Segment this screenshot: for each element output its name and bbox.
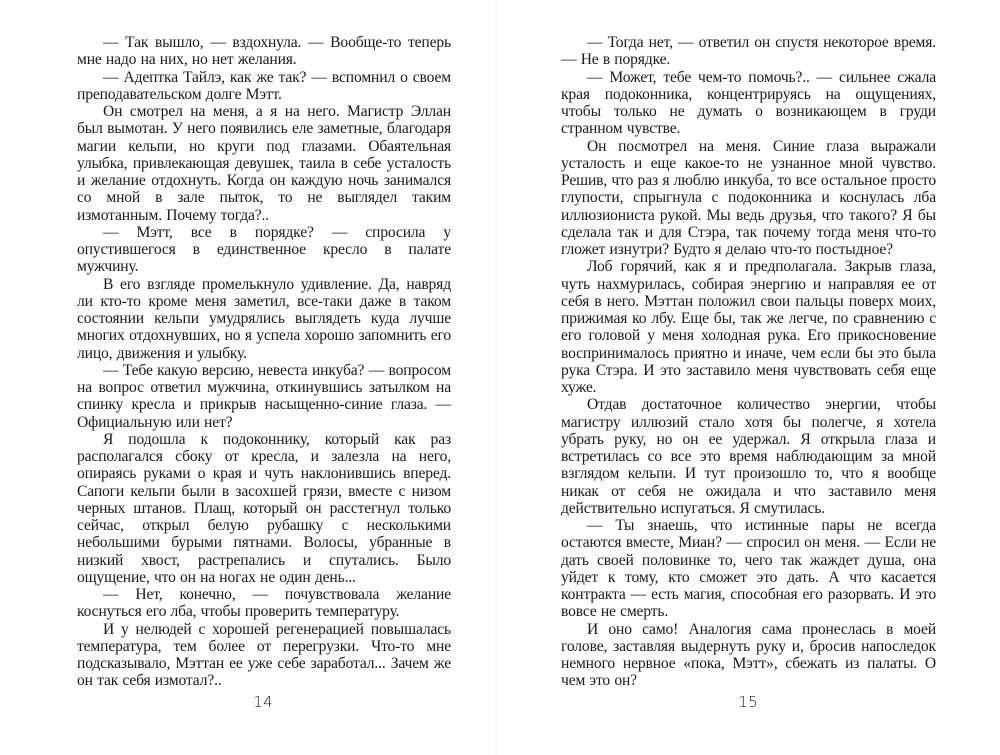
- page-number-right: 15: [728, 693, 768, 711]
- book-spread: — Так вышло, — вздохнула. — Вообще-то те…: [0, 0, 1000, 755]
- paragraph: Он смотрел на меня, а я на него. Магистр…: [77, 103, 451, 224]
- paragraph: Он посмотрел на меня. Синие глаза выража…: [561, 138, 936, 259]
- right-page: — Тогда нет, — ответил он спустя некотор…: [498, 0, 1000, 755]
- paragraph: Лоб горячий, как я и предполагала. Закры…: [561, 258, 936, 396]
- page-number-left: 14: [243, 693, 283, 711]
- paragraph: — Адептка Тайлэ, как же так? — вспомнил …: [77, 69, 451, 104]
- paragraph: Отдав достаточное количество энергии, чт…: [561, 396, 936, 517]
- paragraph: — Нет, конечно, — почувствовала желание …: [77, 586, 451, 621]
- paragraph: — Может, тебе чем-то помочь?.. — сильнее…: [561, 69, 936, 138]
- paragraph: В его взгляде промелькнуло удивление. Да…: [77, 276, 451, 362]
- paragraph: — Так вышло, — вздохнула. — Вообще-то те…: [77, 34, 451, 69]
- left-page: — Так вышло, — вздохнула. — Вообще-то те…: [0, 0, 498, 755]
- paragraph: Я подошла к подоконнику, который как раз…: [77, 431, 451, 586]
- right-page-body: — Тогда нет, — ответил он спустя некотор…: [561, 34, 936, 690]
- paragraph: — Ты знаешь, что истинные пары не всегда…: [561, 517, 936, 621]
- left-page-body: — Так вышло, — вздохнула. — Вообще-то те…: [77, 34, 451, 690]
- paragraph: И у нелюдей с хорошей регенерацией повыш…: [77, 621, 451, 690]
- paragraph: — Тебе какую версию, невеста инкуба? — в…: [77, 362, 451, 431]
- paragraph: — Тогда нет, — ответил он спустя некотор…: [561, 34, 936, 69]
- paragraph: И оно само! Аналогия сама пронеслась в м…: [561, 621, 936, 690]
- paragraph: — Мэтт, все в порядке? — спросила у опус…: [77, 224, 451, 276]
